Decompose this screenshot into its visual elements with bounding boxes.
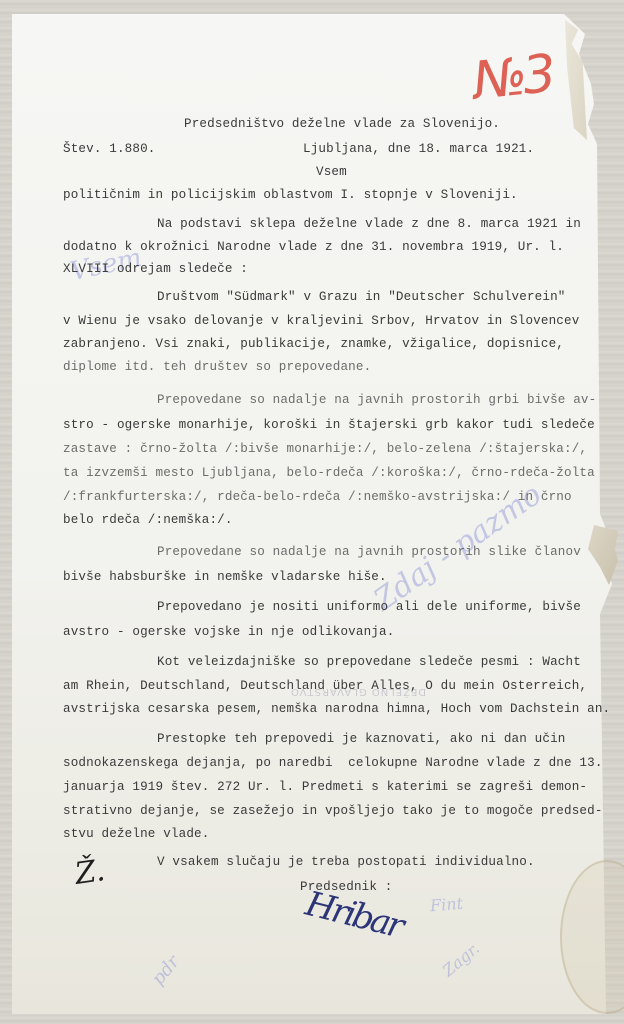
addressee-line-2: političnim in policijskim oblastvom I. s… — [63, 188, 518, 202]
body-line: V vsakem slučaju je treba postopati indi… — [157, 855, 535, 869]
body-line: strativno dejanje, se zasežejo in vpošlj… — [63, 804, 603, 818]
pencil-note: Fint — [429, 894, 463, 916]
body-line: Društvom "Südmark" v Grazu in "Deutscher… — [157, 290, 566, 304]
body-line: Na podstavi sklepa deželne vlade z dne 8… — [157, 217, 581, 231]
body-line: zastave : črno-žolta /:bivše monarhije:/… — [63, 442, 587, 456]
body-line: avstrijska cesarska pesem, nemška narodn… — [63, 702, 610, 716]
folio-number: №3 — [470, 44, 555, 112]
body-line: stvu deželne vlade. — [63, 827, 209, 841]
body-line: Prepovedane so nadalje na javnih prostor… — [157, 545, 581, 559]
body-line: Kot veleizdajniške so prepovedane sledeč… — [157, 655, 581, 669]
body-line: Prestopke teh prepovedi je kaznovati, ak… — [157, 732, 566, 746]
body-line: Prepovedano je nositi uniformo ali dele … — [157, 600, 581, 614]
place-date: Ljubljana, dne 18. marca 1921. — [303, 142, 534, 156]
reference-number: Štev. 1.880. — [63, 142, 156, 156]
document-header: Predsedništvo deželne vlade za Slovenijo… — [184, 117, 500, 131]
body-line: zabranjeno. Vsi znaki, publikacije, znam… — [63, 337, 564, 351]
body-line: belo rdeča /:nemška:/. — [63, 513, 233, 527]
body-line: v Wienu je vsako delovanje v kraljevini … — [63, 314, 579, 328]
body-line: diplome itd. teh društev so prepovedane. — [63, 360, 371, 374]
body-line: avstro - ogerske vojske in nje odlikovan… — [63, 625, 394, 639]
body-line: sodnokazenskega dejanja, po naredbi celo… — [63, 756, 603, 770]
body-line: Prepovedane so nadalje na javnih prostor… — [157, 393, 596, 407]
addressee-line-1: Vsem — [316, 165, 347, 179]
initials-mark: Ž. — [73, 853, 107, 892]
body-line: /:frankfurterska:/, rdeča-belo-rdeča /:n… — [63, 490, 572, 504]
body-line: januarja 1919 štev. 272 Ur. l. Predmeti … — [63, 780, 587, 794]
body-line: XLVIII odrejam sledeče : — [63, 262, 248, 276]
body-line: ta izvzemši mesto Ljubljana, belo-rdeča … — [63, 466, 595, 480]
body-line: stro - ogerske monarhije, koroški in šta… — [63, 418, 595, 432]
body-line: am Rhein, Deutschland, Deutschland über … — [63, 679, 587, 693]
body-line: dodatno k okrožnici Narodne vlade z dne … — [63, 240, 564, 254]
body-line: bivše habsburške in nemške vladarske hiš… — [63, 570, 387, 584]
